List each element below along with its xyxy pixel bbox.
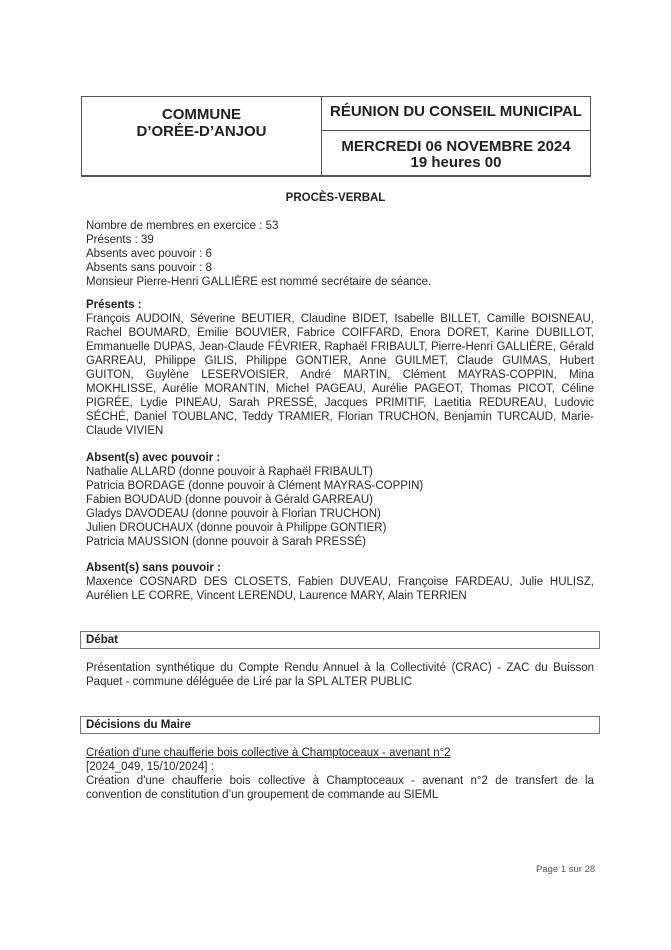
absents-without-proxy-heading: Absent(s) sans pouvoir :	[86, 561, 594, 575]
debat-text: Présentation synthétique du Compte Rendu…	[86, 661, 594, 689]
commune-label: COMMUNE	[82, 106, 321, 123]
page-number: Page 1 sur 28	[536, 864, 595, 875]
summary-absents-with-proxy: Absents avec pouvoir : 6	[86, 247, 594, 261]
absents-without-proxy-section: Absent(s) sans pouvoir : Maxence COSNARD…	[86, 561, 594, 603]
absents-with-proxy-section: Absent(s) avec pouvoir : Nathalie ALLARD…	[86, 451, 594, 549]
summary-secretary: Monsieur Pierre-Henri GALLIÈRE est nommé…	[86, 275, 594, 289]
presents-heading: Présents :	[86, 298, 594, 312]
summary-members: Nombre de membres en exercice : 53	[86, 219, 594, 233]
header-box: COMMUNE D’ORÉE-D’ANJOU RÉUNION DU CONSEI…	[81, 96, 591, 177]
decision-item: Création d'une chaufferie bois collectiv…	[86, 746, 594, 802]
absents-without-proxy-list: Maxence COSNARD DES CLOSETS, Fabien DUVE…	[86, 575, 594, 603]
proxy-item: Fabien BOUDAUD (donne pouvoir à Gérald G…	[86, 493, 594, 507]
debat-content: Présentation synthétique du Compte Rendu…	[86, 661, 594, 689]
attendance-summary: Nombre de membres en exercice : 53 Prése…	[86, 219, 594, 289]
proxy-item: Nathalie ALLARD (donne pouvoir à Raphaël…	[86, 465, 594, 479]
meeting-title: RÉUNION DU CONSEIL MUNICIPAL	[322, 97, 590, 131]
decision-text: Création d'une chaufferie bois collectiv…	[86, 774, 594, 802]
commune-name: D’ORÉE-D’ANJOU	[82, 123, 321, 140]
document-title: PROCÈS-VERBAL	[0, 192, 671, 204]
decision-title: Création d'une chaufferie bois collectiv…	[86, 746, 594, 760]
proxy-item: Julien DROUCHAUX (donne pouvoir à Philip…	[86, 521, 594, 535]
section-decisions-maire: Décisions du Maire	[80, 716, 600, 734]
meeting-date: MERCREDI 06 NOVEMBRE 2024	[322, 139, 590, 155]
summary-absents-without-proxy: Absents sans pouvoir : 8	[86, 261, 594, 275]
proxy-item: Patricia BORDAGE (donne pouvoir à Clémen…	[86, 479, 594, 493]
document-page: COMMUNE D’ORÉE-D’ANJOU RÉUNION DU CONSEI…	[0, 0, 671, 950]
meeting-cell: RÉUNION DU CONSEIL MUNICIPAL MERCREDI 06…	[322, 97, 590, 175]
meeting-time: 19 heures 00	[322, 155, 590, 171]
absents-with-proxy-heading: Absent(s) avec pouvoir :	[86, 451, 594, 465]
proxy-item: Patricia MAUSSION (donne pouvoir à Sarah…	[86, 535, 594, 549]
summary-presents: Présents : 39	[86, 233, 594, 247]
presents-list: François AUDOIN, Séverine BEUTIER, Claud…	[86, 312, 594, 438]
decision-reference: [2024_049, 15/10/2024] :	[86, 760, 594, 774]
meeting-datetime: MERCREDI 06 NOVEMBRE 2024 19 heures 00	[322, 131, 590, 171]
commune-cell: COMMUNE D’ORÉE-D’ANJOU	[82, 97, 322, 175]
section-debat: Débat	[80, 631, 600, 649]
proxy-item: Gladys DAVODEAU (donne pouvoir à Florian…	[86, 507, 594, 521]
presents-section: Présents : François AUDOIN, Séverine BEU…	[86, 298, 594, 438]
